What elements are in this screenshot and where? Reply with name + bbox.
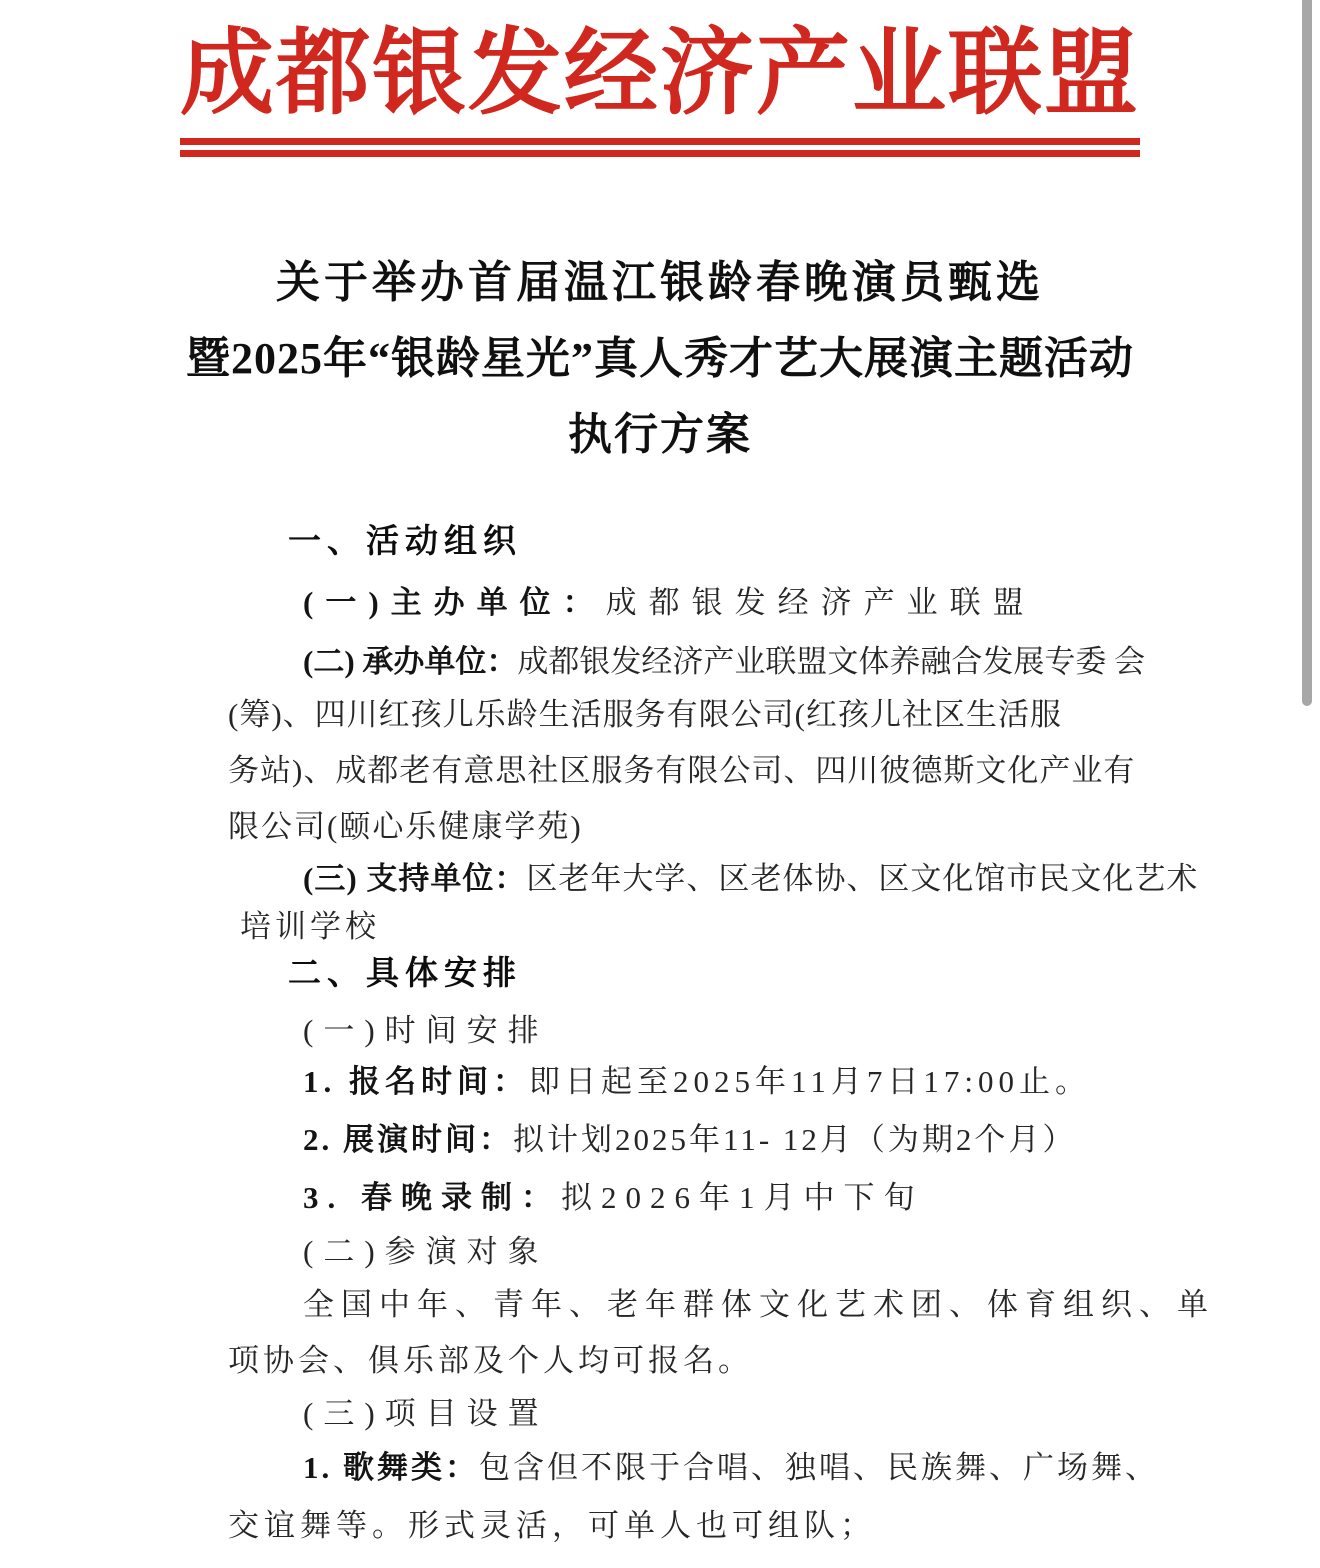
schedule-item-3-label: 3. 春晚录制： — [303, 1180, 561, 1215]
project-category-label: 1. 歌舞类： — [303, 1450, 479, 1485]
supporter-line-2: 培训学校 — [228, 903, 1140, 951]
scrollbar-thumb[interactable] — [1302, 0, 1312, 706]
document-body: 一、活动组织 (一)主办单位：成都银发经济产业联盟 (二) 承办单位：成都银发经… — [180, 519, 1140, 1555]
organizer-paragraph: (二) 承办单位：成都银发经济产业联盟文体养融合发展专委 会 (筹)、四川红孩儿… — [228, 637, 1140, 855]
organizer-line-4: 限公司(颐心乐健康学苑) — [228, 799, 1140, 855]
supporter-line-1: (三) 支持单位：区老年大学、区老体协、区文化馆市民文化艺术 — [228, 855, 1140, 903]
schedule-item-2: 2. 展演时间：拟计划2025年11- 12月（为期2个月） — [228, 1111, 1140, 1169]
document-title-line-1: 关于举办首届温江银龄春晚演员甄选 — [180, 245, 1140, 321]
participants-line-2: 项协会、俱乐部及个人均可报名。 — [228, 1333, 1140, 1389]
supporter-text-1: 区老年大学、区老体协、区文化馆市民文化艺术 — [526, 861, 1198, 896]
project-category-line-1: 1. 歌舞类：包含但不限于合唱、独唱、民族舞、广场舞、 — [228, 1439, 1140, 1497]
red-rule-bottom — [180, 150, 1140, 157]
organizer-line-1: (二) 承办单位：成都银发经济产业联盟文体养融合发展专委 会 — [228, 637, 1140, 687]
participants-paragraph: 全国中年、青年、老年群体文化艺术团、体育组织、单 项协会、俱乐部及个人均可报名。 — [228, 1277, 1140, 1389]
organizer-text-1: 成都银发经济产业联盟文体养融合发展专委 会 — [517, 644, 1145, 679]
document-title-line-3: 执行方案 — [180, 397, 1140, 473]
schedule-item-1: 1. 报名时间：即日起至2025年11月7日17:00止。 — [228, 1053, 1140, 1111]
project-category-text-1: 包含但不限于合唱、独唱、民族舞、广场舞、 — [479, 1450, 1159, 1485]
time-subheading: (一)时间安排 — [228, 1009, 1140, 1053]
schedule-item-3: 3. 春晚录制：拟2026年1月中下旬 — [228, 1169, 1140, 1227]
participants-subheading: (二)参演对象 — [228, 1227, 1140, 1277]
section-heading-1: 一、活动组织 — [288, 519, 1140, 563]
schedule-item-1-text: 即日起至2025年11月7日17:00止。 — [529, 1064, 1091, 1099]
project-category-paragraph: 1. 歌舞类：包含但不限于合唱、独唱、民族舞、广场舞、 交谊舞等。形式灵活，可单… — [228, 1439, 1140, 1555]
host-unit-label: (一)主办单位： — [303, 585, 606, 620]
document-title-line-2: 暨2025年“银龄星光”真人秀才艺大展演主题活动 — [180, 321, 1140, 397]
schedule-item-2-label: 2. 展演时间： — [303, 1122, 513, 1157]
document-title: 关于举办首届温江银龄春晚演员甄选 暨2025年“银龄星光”真人秀才艺大展演主题活… — [180, 245, 1140, 473]
supporter-label: (三) 支持单位： — [303, 861, 526, 896]
organizer-line-3: 务站)、成都老有意思社区服务有限公司、四川彼德斯文化产业有 — [228, 743, 1140, 799]
organizer-label: (二) 承办单位： — [303, 644, 517, 679]
supporter-paragraph: (三) 支持单位：区老年大学、区老体协、区文化馆市民文化艺术 培训学校 — [228, 855, 1140, 951]
double-rule — [180, 138, 1140, 157]
host-unit-text: 成都银发经济产业联盟 — [606, 585, 1036, 620]
letterhead-org-title: 成都银发经济产业联盟 — [180, 18, 1140, 130]
project-category-line-2: 交谊舞等。形式灵活，可单人也可组队； — [228, 1497, 1140, 1555]
red-rule-top — [180, 138, 1140, 145]
host-unit-line: (一)主办单位：成都银发经济产业联盟 — [228, 575, 1140, 631]
organizer-line-2: (筹)、四川红孩儿乐龄生活服务有限公司(红孩儿社区生活服 — [228, 687, 1140, 743]
schedule-item-2-text: 拟计划2025年11- 12月（为期2个月） — [513, 1122, 1076, 1157]
projects-subheading: (三)项目设置 — [228, 1389, 1140, 1439]
document-page: 成都银发经济产业联盟 关于举办首届温江银龄春晚演员甄选 暨2025年“银龄星光”… — [180, 0, 1140, 1555]
participants-line-1: 全国中年、青年、老年群体文化艺术团、体育组织、单 — [228, 1277, 1140, 1333]
schedule-item-3-text: 拟2026年1月中下旬 — [561, 1180, 924, 1215]
section-heading-2: 二、具体安排 — [288, 951, 1140, 995]
schedule-item-1-label: 1. 报名时间： — [303, 1064, 529, 1099]
